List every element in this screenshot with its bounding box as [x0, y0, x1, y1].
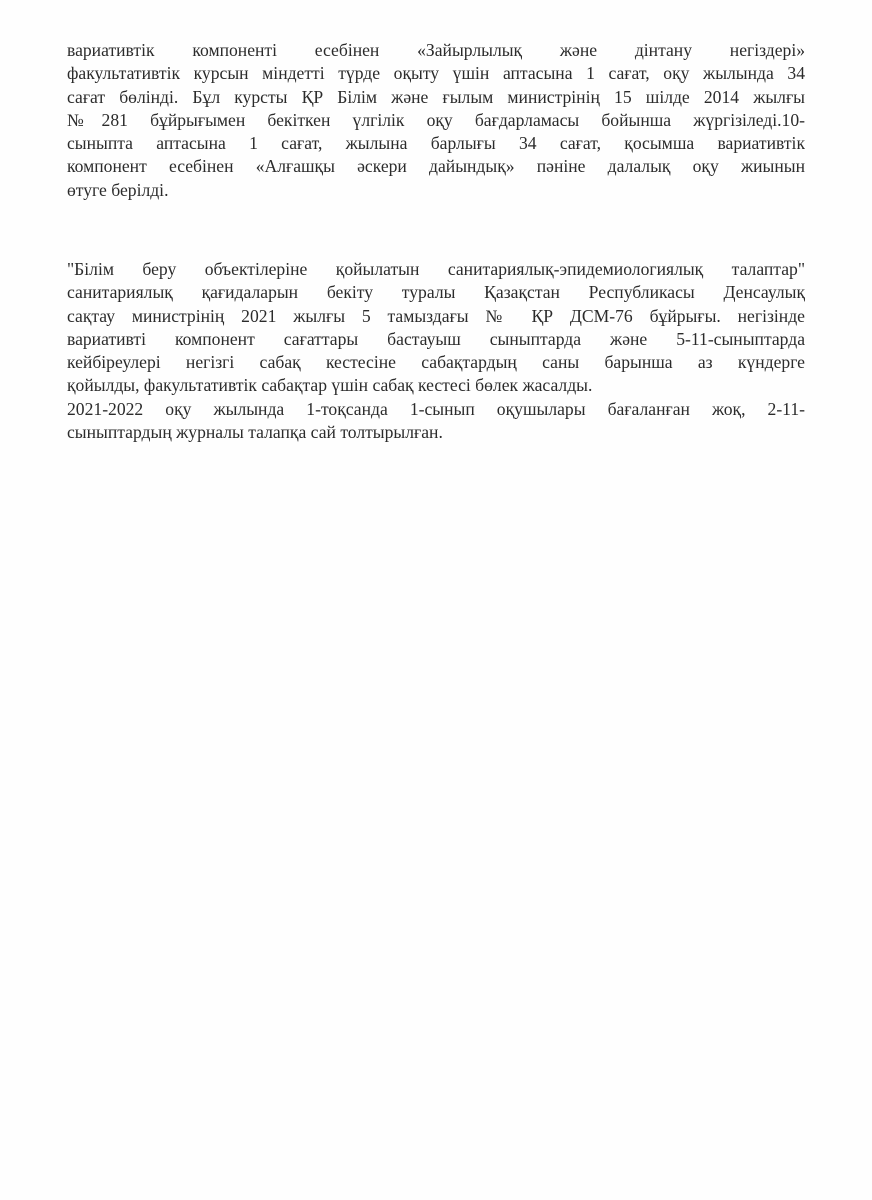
- text-line: факультативтік курсын міндетті түрде оқы…: [67, 62, 805, 85]
- text-line: сыныптардың журналы талапқа сай толтырыл…: [67, 421, 805, 444]
- text-line: сыныпта аптасына 1 сағат, жылына барлығы…: [67, 132, 805, 155]
- text-line: компонент есебінен «Алғашқы әскери дайын…: [67, 155, 805, 178]
- text-line: 2021-2022 оқу жылында 1-тоқсанда 1-сынып…: [67, 398, 805, 421]
- text-line: сағат бөлінді. Бұл курсты ҚР Білім және …: [67, 86, 805, 109]
- paragraph-sanitary-rules: "Білім беру объектілеріне қойылатын сани…: [67, 258, 805, 444]
- document-page: вариативтік компоненті есебінен «Зайырлы…: [0, 0, 872, 1200]
- text-line: қойылды, факультативтік сабақтар үшін са…: [67, 374, 805, 397]
- text-line: вариативті компонент сағаттары бастауыш …: [67, 328, 805, 351]
- text-line: вариативтік компоненті есебінен «Зайырлы…: [67, 39, 805, 62]
- text-line: өтуге берілді.: [67, 179, 805, 202]
- paragraph-variative-component: вариативтік компоненті есебінен «Зайырлы…: [67, 39, 805, 202]
- text-line: кейбіреулері негізгі сабақ кестесіне саб…: [67, 351, 805, 374]
- text-line: №281 бұйрығымен бекіткен үлгілік оқу бағ…: [67, 109, 805, 132]
- text-line: санитариялық қағидаларын бекіту туралы Қ…: [67, 281, 805, 304]
- text-line: сақтау министрінің 2021 жылғы 5 тамыздағ…: [67, 305, 805, 328]
- text-line: "Білім беру объектілеріне қойылатын сани…: [67, 258, 805, 281]
